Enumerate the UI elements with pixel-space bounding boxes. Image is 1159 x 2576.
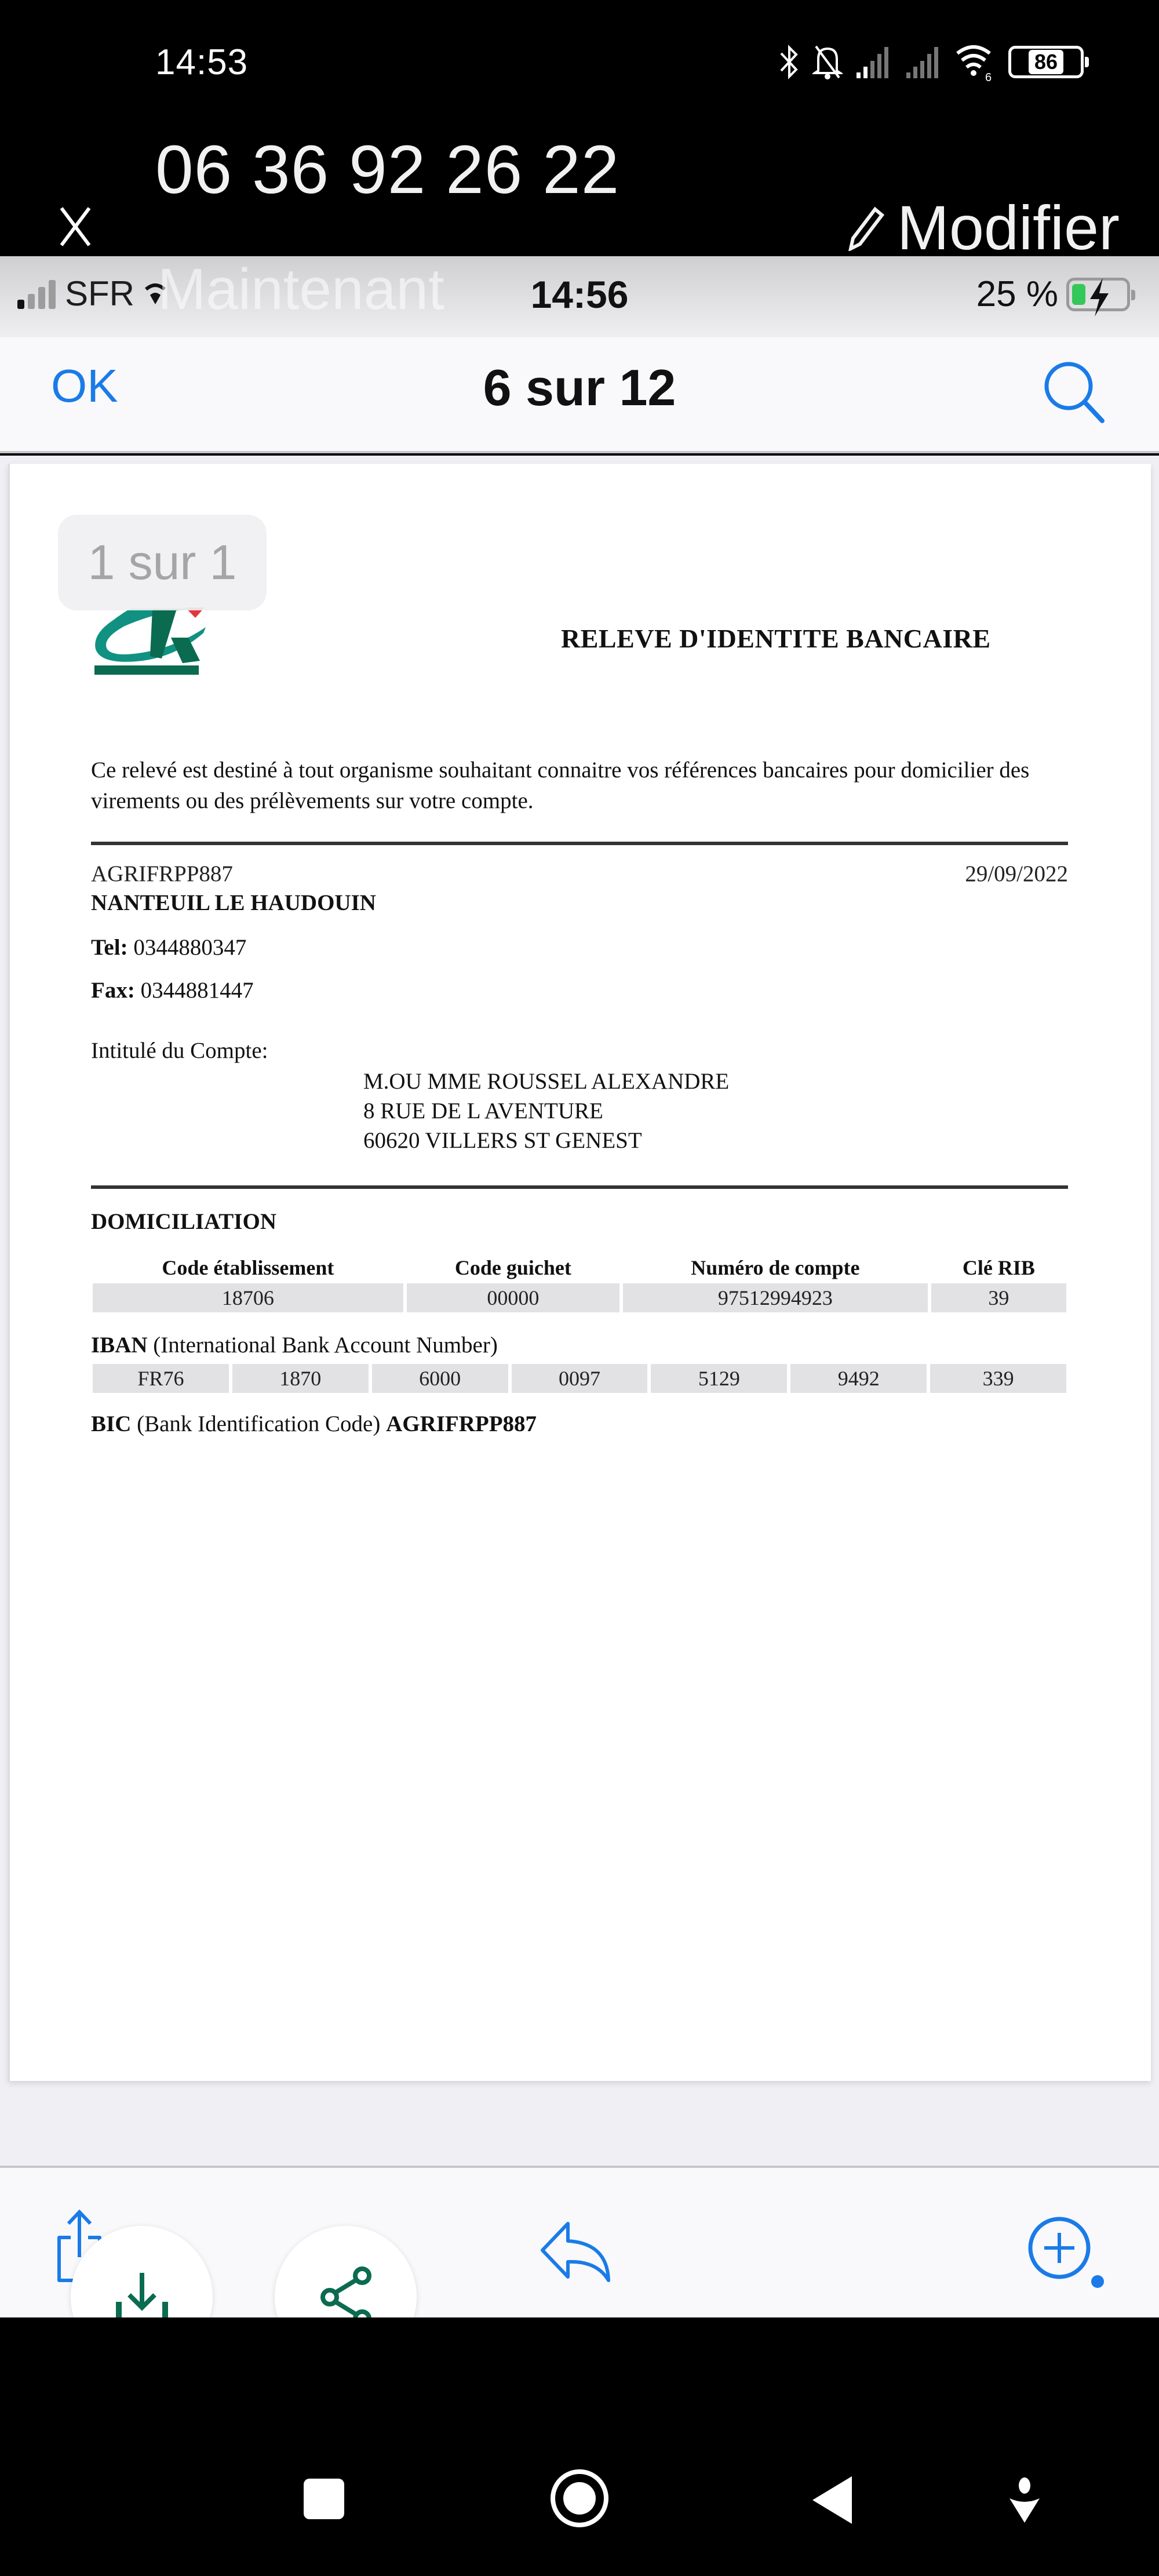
account-holder: M.OU MME ROUSSEL ALEXANDRE 8 RUE DE L AV… — [363, 1067, 729, 1155]
document-intro: Ce relevé est destiné à tout organisme s… — [91, 755, 1076, 816]
iban-table: FR76 1870 6000 0097 5129 9492 339 — [93, 1364, 1066, 1393]
agency-phone: Tel: 0344880347 — [91, 934, 246, 960]
battery-icon: 86 — [1008, 46, 1084, 78]
search-icon[interactable] — [1040, 357, 1109, 427]
domiciliation-heading: DOMICILIATION — [91, 1209, 276, 1235]
svg-text:6: 6 — [985, 71, 992, 82]
edit-button[interactable]: Modifier — [845, 191, 1120, 264]
credit-agricole-logo — [90, 603, 209, 675]
bolt-icon — [1087, 277, 1112, 318]
edit-label: Modifier — [897, 191, 1120, 264]
caller-number: 06 36 92 26 22 — [155, 130, 619, 209]
bell-off-icon — [812, 43, 843, 81]
zoom-in-icon[interactable] — [1026, 2215, 1107, 2291]
document-date: 29/09/2022 — [965, 861, 1068, 887]
android-status-bar: 14:53 6 86 — [0, 0, 1159, 133]
divider — [91, 842, 1068, 845]
agency-name: NANTEUIL LE HAUDOUIN — [91, 890, 376, 916]
home-button[interactable] — [549, 2468, 610, 2528]
bank-bic-header: AGRIFRPP887 — [91, 861, 233, 887]
bluetooth-icon — [779, 44, 800, 80]
wifi-icon: 6 — [955, 42, 996, 82]
close-icon[interactable] — [58, 200, 93, 252]
divider — [91, 1185, 1068, 1189]
rib-header-row: Code établissement Code guichet Numéro d… — [93, 1252, 1066, 1283]
document-title: RELEVE D'IDENTITE BANCAIRE — [561, 623, 991, 654]
pencil-icon — [845, 205, 887, 251]
notification-pull-button[interactable] — [1007, 2477, 1042, 2524]
rib-value-row: 18706 00000 97512994923 39 — [93, 1283, 1066, 1312]
agency-fax: Fax: 0344881447 — [91, 977, 254, 1003]
page-title: 6 sur 12 — [0, 358, 1159, 417]
account-title-label: Intitulé du Compte: — [91, 1038, 268, 1064]
signal-icon — [855, 46, 892, 78]
ios-battery: 25 % — [976, 274, 1130, 315]
ios-status-bar: SFR Maintenant 14:56 25 % — [0, 256, 1159, 337]
battery-percent: 25 % — [976, 274, 1058, 315]
viewer-nav-bar: OK 6 sur 12 — [0, 337, 1159, 453]
page-indicator: 1 sur 1 — [58, 515, 267, 610]
bic-line: BIC (Bank Identification Code) AGRIFRPP8… — [91, 1411, 537, 1437]
back-button[interactable] — [811, 2475, 853, 2525]
signal-icon — [905, 46, 942, 78]
android-nav-bar — [0, 2317, 1159, 2576]
battery-level — [1072, 284, 1085, 305]
recents-button[interactable] — [302, 2477, 345, 2520]
android-status-icons: 6 86 — [779, 42, 1084, 82]
battery-charging-icon — [1066, 278, 1130, 311]
iban-label: IBAN (International Bank Account Number) — [91, 1332, 498, 1358]
reply-icon[interactable] — [539, 2220, 614, 2284]
rib-table: Code établissement Code guichet Numéro d… — [93, 1252, 1066, 1312]
android-clock: 14:53 — [155, 42, 248, 83]
